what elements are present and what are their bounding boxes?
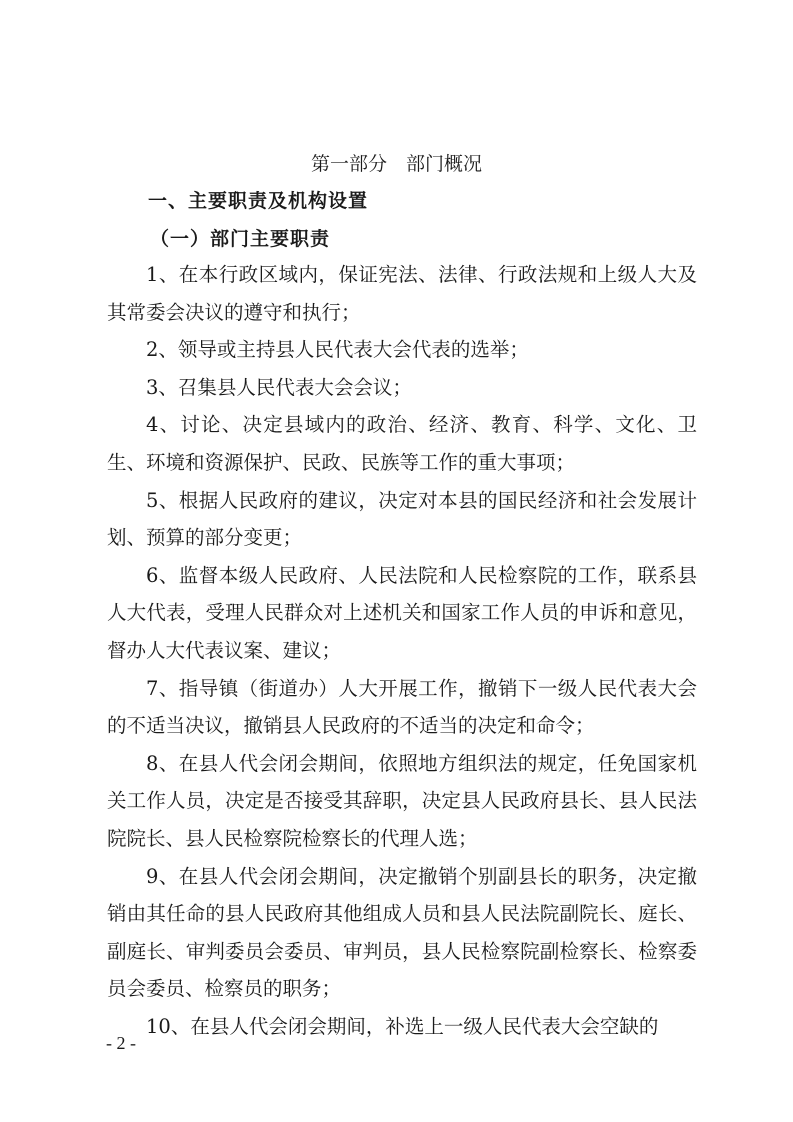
document-page: 第一部分 部门概况 一、主要职责及机构设置 （一）部门主要职责 1、在本行政区域… bbox=[0, 0, 793, 1122]
document-body: 1、在本行政区域内，保证宪法、法律、行政法规和上级人大及其常委会决议的遵守和执行… bbox=[107, 256, 697, 1045]
part-title: 第一部分 部门概况 bbox=[0, 149, 793, 176]
paragraph-duty-6: 6、监督本级人民政府、人民法院和人民检察院的工作，联系县人大代表，受理人民群众对… bbox=[107, 557, 697, 670]
paragraph-duty-10: 10、在县人代会闭会期间，补选上一级人民代表大会空缺的 bbox=[107, 1008, 697, 1046]
paragraph-duty-9: 9、在县人代会闭会期间，决定撤销个别副县长的职务，决定撤销由其任命的县人民政府其… bbox=[107, 858, 697, 1008]
paragraph-duty-1: 1、在本行政区域内，保证宪法、法律、行政法规和上级人大及其常委会决议的遵守和执行… bbox=[107, 256, 697, 331]
section-heading: 一、主要职责及机构设置 bbox=[148, 186, 368, 213]
paragraph-duty-8: 8、在县人代会闭会期间，依照地方组织法的规定，任免国家机关工作人员，决定是否接受… bbox=[107, 745, 697, 858]
paragraph-duty-4: 4、讨论、决定县域内的政治、经济、教育、科学、文化、卫生、环境和资源保护、民政、… bbox=[107, 406, 697, 481]
paragraph-duty-5: 5、根据人民政府的建议，决定对本县的国民经济和社会发展计划、预算的部分变更； bbox=[107, 482, 697, 557]
page-number: - 2 - bbox=[106, 1033, 136, 1054]
paragraph-duty-2: 2、领导或主持县人民代表大会代表的选举； bbox=[107, 331, 697, 369]
paragraph-duty-7: 7、指导镇（街道办）人大开展工作，撤销下一级人民代表大会的不适当决议，撤销县人民… bbox=[107, 670, 697, 745]
subsection-heading: （一）部门主要职责 bbox=[150, 224, 330, 251]
paragraph-duty-3: 3、召集县人民代表大会会议； bbox=[107, 369, 697, 407]
